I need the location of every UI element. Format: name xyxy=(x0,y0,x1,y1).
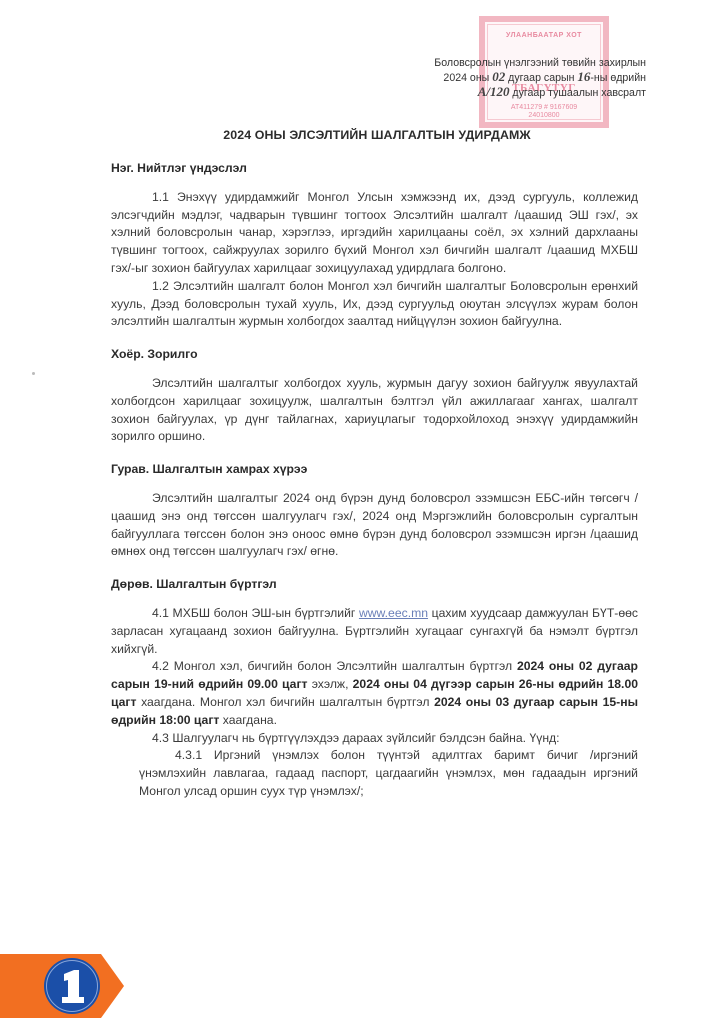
section-heading-3: Гурав. Шалгалтын хамрах хүрээ xyxy=(111,461,638,479)
handwritten-month: 02 xyxy=(492,69,505,84)
section-heading-4: Дөрөв. Шалгалтын бүртгэл xyxy=(111,576,638,594)
number-one-badge-icon xyxy=(0,952,125,1020)
paragraph-2: Элсэлтийн шалгалтыг холбогдох хууль, жур… xyxy=(111,375,638,446)
text: хаагдана. Монгол хэл бичгийн шалгалтын б… xyxy=(136,695,434,709)
text: хаагдана. xyxy=(219,713,277,727)
document-body: Нэг. Нийтлэг үндэслэл 1.1 Энэхүү удирдам… xyxy=(111,160,638,801)
stamp-code-line2: 24010800 xyxy=(485,112,603,120)
paragraph-1-1: 1.1 Энэхүү удирдамжийг Монгол Улсын хэмж… xyxy=(111,189,638,278)
document-title: 2024 ОНЫ ЭЛСЭЛТИЙН ШАЛГАЛТЫН УДИРДАМЖ xyxy=(0,128,724,142)
order-annex-note: Боловсролын үнэлгээний төвийн захирлын 2… xyxy=(366,57,646,100)
stamp-code-line1: АТ411279 # 9167609 xyxy=(485,104,603,112)
page-number-badge xyxy=(0,952,125,1020)
annex-line1: Боловсролын үнэлгээний төвийн захирлын xyxy=(366,57,646,70)
scan-speck xyxy=(32,372,35,375)
text: 4.2 Монгол хэл, бичгийн болон Элсэлтийн … xyxy=(152,659,517,673)
annex-line2: 2024 оны 02 дугаар сарын 16-ны өдрийн xyxy=(366,70,646,85)
annex-text: -ны өдрийн xyxy=(590,72,646,84)
eec-website-link[interactable]: www.eec.mn xyxy=(359,606,428,620)
paragraph-4-2: 4.2 Монгол хэл, бичгийн болон Элсэлтийн … xyxy=(111,658,638,729)
section-heading-1: Нэг. Нийтлэг үндэслэл xyxy=(111,160,638,178)
paragraph-3: Элсэлтийн шалгалтыг 2024 онд бүрэн дунд … xyxy=(111,490,638,561)
annex-text: дугаар тушаалын хавсралт xyxy=(509,87,646,99)
paragraph-4-1: 4.1 МХБШ болон ЭШ-ын бүртгэлийг www.eec.… xyxy=(111,605,638,658)
stamp-city: УЛААНБААТАР ХОТ xyxy=(485,32,603,39)
text: 4.1 МХБШ болон ЭШ-ын бүртгэлийг xyxy=(152,606,359,620)
stamp-code: АТ411279 # 9167609 24010800 xyxy=(485,104,603,120)
paragraph-4-3: 4.3 Шалгуулагч нь бүртгүүлэхдээ дараах з… xyxy=(111,730,638,748)
handwritten-order-number: А/120 xyxy=(478,84,510,99)
paragraph-4-3-1: 4.3.1 Иргэний үнэмлэх болон түүнтэй адил… xyxy=(111,747,638,800)
document-page: УЛААНБААТАР ХОТ ТБАГҮТҮГ АТ411279 # 9167… xyxy=(0,0,724,1024)
text: эхэлж, xyxy=(308,677,353,691)
handwritten-day: 16 xyxy=(577,69,590,84)
paragraph-1-2: 1.2 Элсэлтийн шалгалт болон Монгол хэл б… xyxy=(111,278,638,331)
annex-line3: А/120 дугаар тушаалын хавсралт xyxy=(366,85,646,100)
annex-text: дугаар сарын xyxy=(505,72,577,84)
annex-text: 2024 оны xyxy=(443,72,492,84)
section-heading-2: Хоёр. Зорилго xyxy=(111,346,638,364)
